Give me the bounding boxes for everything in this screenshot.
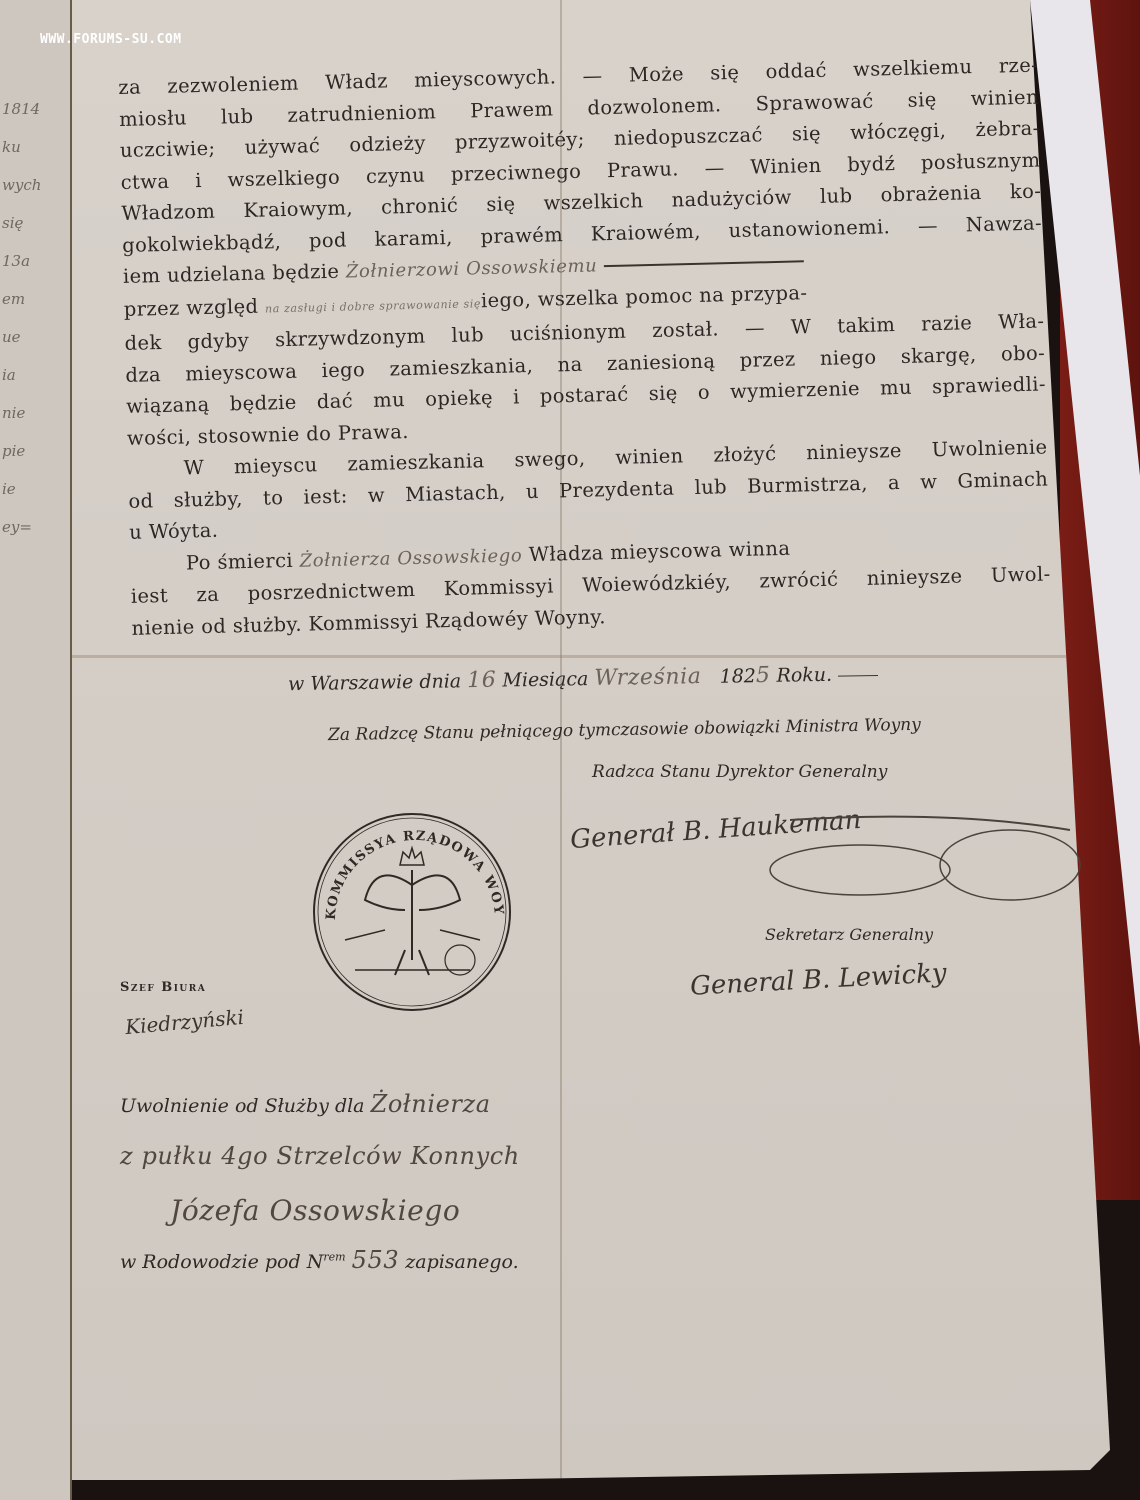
signature-flourish [750,810,1090,920]
handwritten-name: Żołnierzowi Ossowskiemu [346,255,598,282]
margin-note: się [2,214,62,252]
handwritten-name: Żołnierza Ossowskiego [299,545,522,571]
margin-note: pie [2,442,62,480]
date-year: 182 [719,665,756,688]
margin-note: ue [2,328,62,366]
date-suffix: Roku. [776,664,832,687]
margin-note: ey= [2,518,62,556]
footer-line-3: Józefa Ossowskiego [120,1194,720,1246]
margin-note: nie [2,404,62,442]
printed-text: Uwolnienie od Służby dla [120,1095,365,1117]
date-month: Września [594,664,702,691]
printed-text: iem udzielana będzie [123,260,340,288]
date-prefix: w Warszawie dnia [288,670,461,695]
printed-text: w Rodowodzie pod N [120,1251,323,1273]
document-body: za zezwoleniem Władz mieyscowych. — Może… [118,50,1052,644]
margin-notes: 1814 ku wych się 13a em ue ia nie pie ie… [2,100,62,556]
office-chief-label: Szef Biura [120,980,206,995]
date-day: 16 [467,668,497,694]
official-title-2: Radzca Stanu Dyrektor Generalny [592,762,887,782]
date-month-label: Miesiąca [502,668,588,691]
margin-note: ie [2,480,62,518]
crowned-eagle-seal-icon: KOMMISSYA RZĄDOWA WOYNY [305,810,520,1015]
printed-text: Władza mieyscowa winna [529,536,791,565]
date-year-digit: 5 [756,663,771,688]
margin-note: ku [2,138,62,176]
printed-text: zapisanego. [405,1251,518,1273]
fill-line [838,674,878,676]
handwritten-text: Żołnierza [371,1090,491,1118]
fill-line [604,260,804,267]
footer-line-4: w Rodowodzie pod Nrem 553 zapisanego. [120,1246,720,1298]
register-number: 553 [352,1246,400,1274]
margin-note: wych [2,176,62,214]
handwritten-soldier-name: Józefa Ossowskiego [170,1194,460,1227]
printed-text: Po śmierci [186,548,294,574]
printed-text: iego, wszelka pomoc na przypa- [481,281,808,312]
margin-note: 1814 [2,100,62,138]
secretary-title: Sekretarz Generalny [765,925,933,944]
footer-line-2: z pułku 4go Strzelców Konnych [120,1142,720,1194]
margin-note: em [2,290,62,328]
document-footer: Uwolnienie od Służby dla Żołnierza z puł… [120,1090,720,1298]
handwritten-regiment: z pułku 4go Strzelców Konnych [120,1142,520,1170]
left-page-fragment: 1814 ku wych się 13a em ue ia nie pie ie… [0,0,72,1500]
printed-text: przez względ [124,294,259,320]
fold-horizontal [0,655,1110,658]
watermark: WWW.FORUMS-SU.COM [40,32,182,47]
handwritten-text: na zasługi i dobre sprawowanie się [265,297,481,315]
margin-note: 13a [2,252,62,290]
footer-line-1: Uwolnienie od Służby dla Żołnierza [120,1090,720,1142]
superscript: rem [323,1251,345,1264]
margin-note: ia [2,366,62,404]
